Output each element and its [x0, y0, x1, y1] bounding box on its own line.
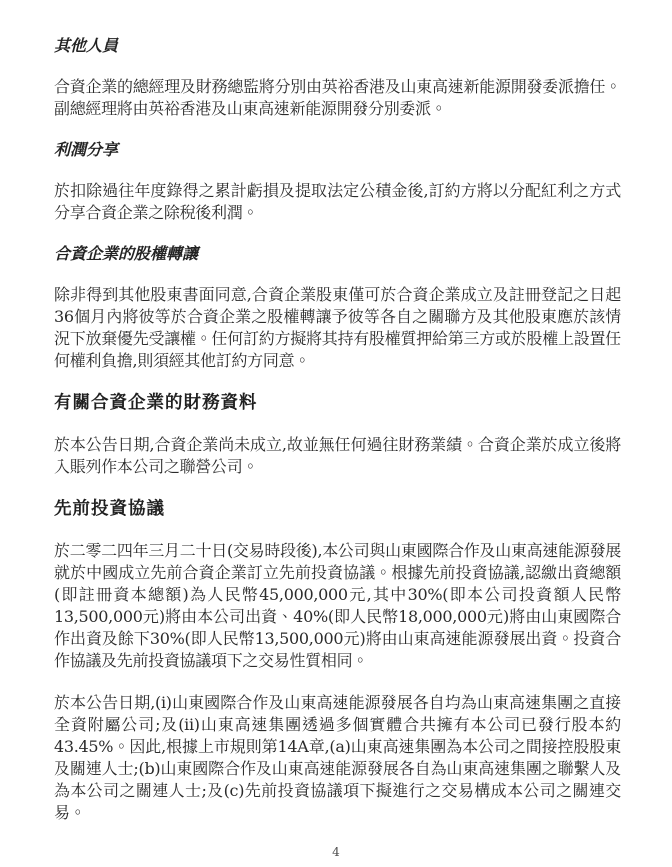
paragraph-financial-information: 於本公告日期,合資企業尚未成立,故並無任何過往財務業績。合資企業於成立後將入賬列…: [54, 434, 621, 478]
page-number: 4: [0, 845, 672, 859]
heading-financial-information: 有關合資企業的財務資料: [54, 392, 621, 414]
heading-previous-investment-agreement: 先前投資協議: [54, 498, 621, 520]
subheading-other-personnel: 其他人員: [54, 36, 621, 56]
paragraph-profit-sharing: 於扣除過往年度錄得之累計虧損及提取法定公積金後,訂約方將以分配紅利之方式分享合資…: [54, 180, 621, 224]
paragraph-other-personnel: 合資企業的總經理及財務總監將分別由英裕香港及山東高速新能源開發委派擔任。副總經理…: [54, 76, 621, 120]
document-page: 其他人員 合資企業的總經理及財務總監將分別由英裕香港及山東高速新能源開發委派擔任…: [0, 0, 672, 867]
paragraph-equity-transfer: 除非得到其他股東書面同意,合資企業股東僅可於合資企業成立及註冊登記之日起36個月…: [54, 284, 621, 372]
subheading-profit-sharing: 利潤分享: [54, 140, 621, 160]
paragraph-previous-investment-agreement-2: 於本公告日期,(i)山東國際合作及山東高速能源發展各自均為山東高速集團之直接全資…: [54, 692, 621, 824]
subheading-equity-transfer: 合資企業的股權轉讓: [54, 244, 621, 264]
paragraph-previous-investment-agreement-1: 於二零二四年三月二十日(交易時段後),本公司與山東國際合作及山東高速能源發展就於…: [54, 540, 621, 672]
